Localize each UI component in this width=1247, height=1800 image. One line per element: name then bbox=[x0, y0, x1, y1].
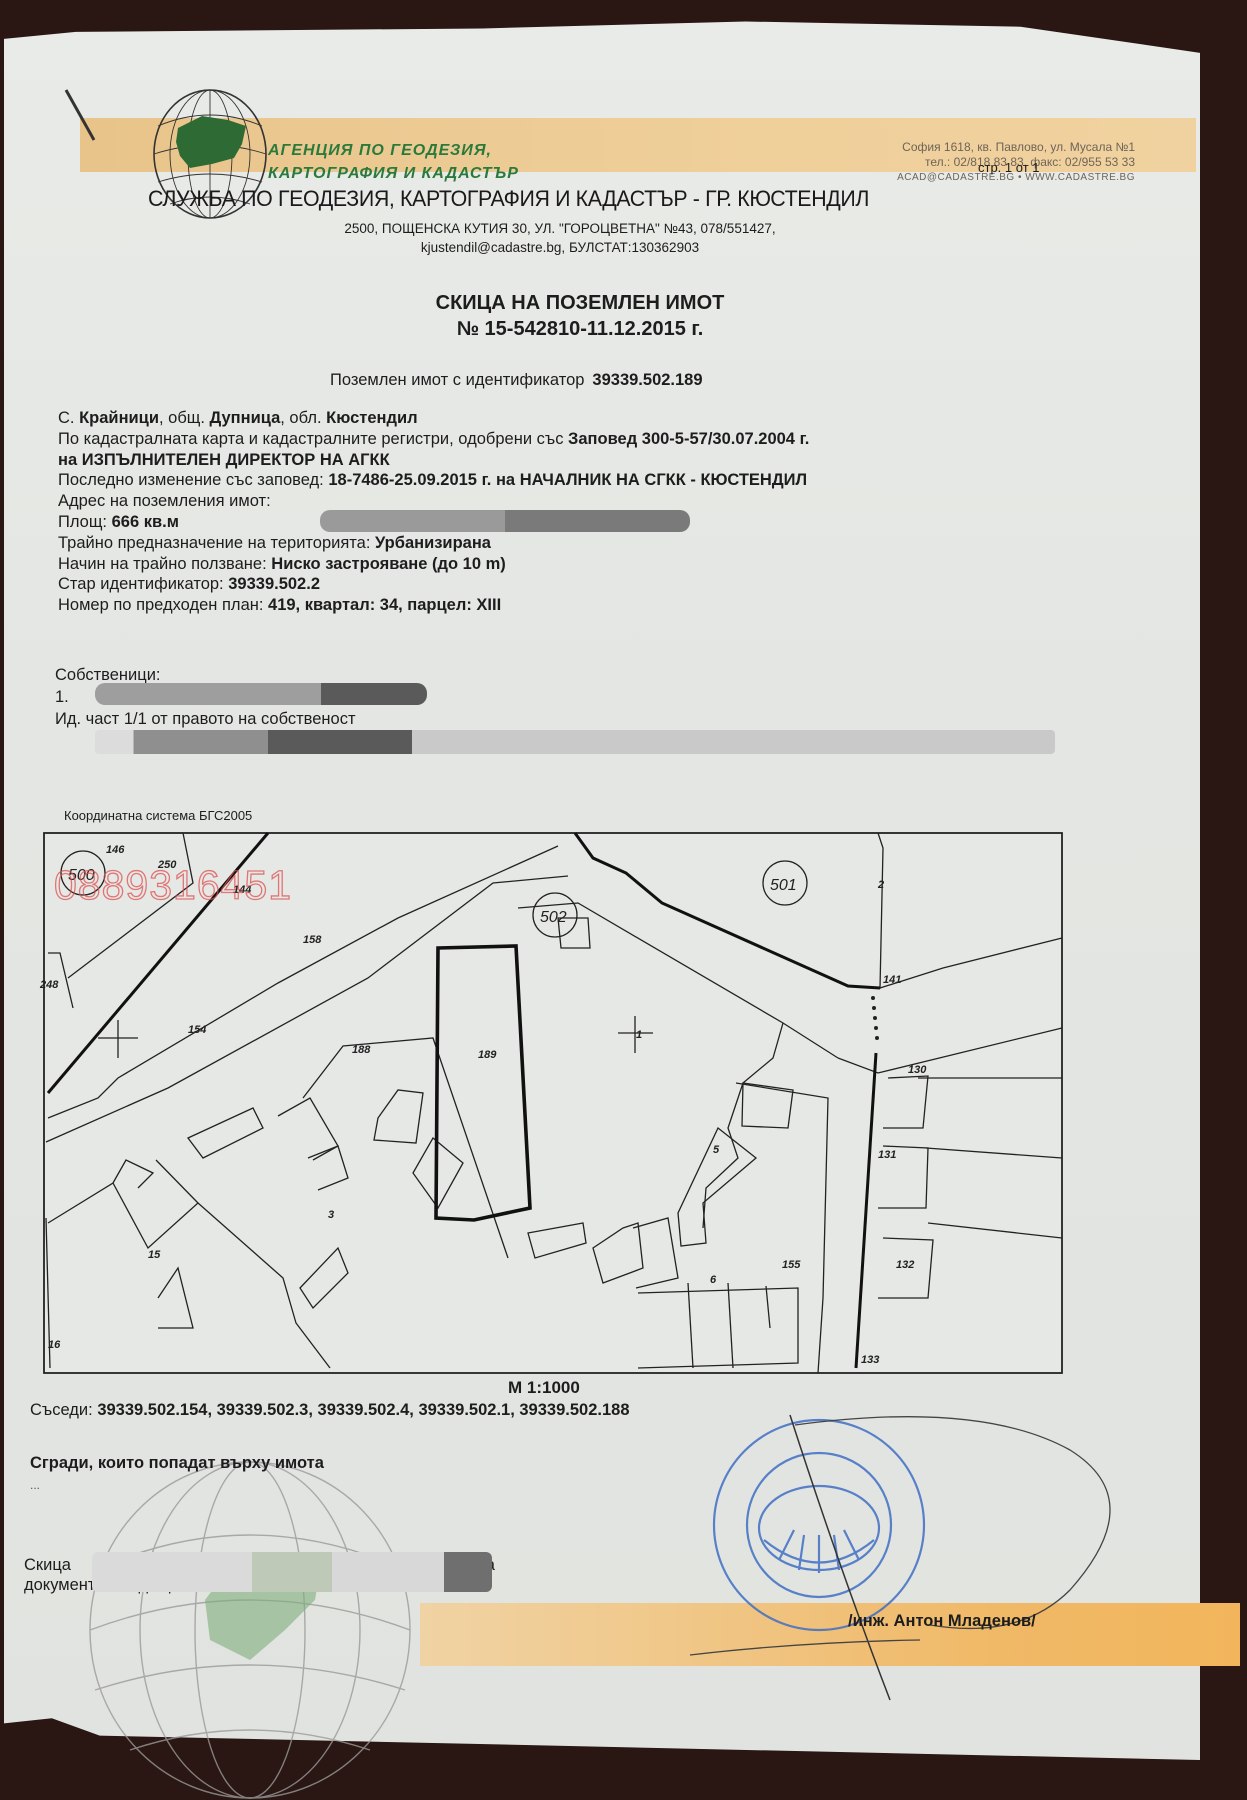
map-scale: М 1:1000 bbox=[508, 1378, 580, 1398]
staple-icon bbox=[64, 88, 104, 148]
svg-text:1: 1 bbox=[636, 1029, 642, 1041]
redaction-owner-doc bbox=[95, 730, 1055, 754]
svg-text:15: 15 bbox=[148, 1249, 161, 1261]
svg-text:188: 188 bbox=[352, 1044, 371, 1056]
document-title: СКИЦА НА ПОЗЕМЛЕН ИМОТ № 15-542810-11.12… bbox=[280, 290, 880, 342]
svg-text:502: 502 bbox=[540, 909, 567, 926]
svg-text:146: 146 bbox=[106, 844, 125, 856]
svg-text:3: 3 bbox=[328, 1209, 334, 1221]
svg-text:131: 131 bbox=[878, 1149, 896, 1161]
neighbours-row: Съседи: 39339.502.154, 39339.502.3, 3933… bbox=[30, 1401, 630, 1420]
svg-text:2: 2 bbox=[877, 879, 884, 891]
cadastre-authority-row: на ИЗПЪЛНИТЕЛЕН ДИРЕКТОР НА АГКК bbox=[58, 450, 809, 471]
globe-watermark-icon bbox=[70, 1460, 430, 1800]
property-identifier: Поземлен имот с идентификатор39339.502.1… bbox=[330, 371, 703, 390]
svg-text:16: 16 bbox=[48, 1339, 61, 1351]
office-address: 2500, ПОЩЕНСКА КУТИЯ 30, УЛ. "ГОРОЦВЕТНА… bbox=[290, 219, 830, 257]
cadastre-row: По кадастралната карта и кадастралните р… bbox=[58, 429, 809, 450]
svg-text:133: 133 bbox=[861, 1354, 879, 1366]
svg-text:158: 158 bbox=[303, 934, 322, 946]
redaction-address bbox=[320, 510, 690, 532]
signer-name: /инж. Антон Младенов/ bbox=[848, 1612, 1036, 1631]
cadastral-map: 146250144 158248154 1881891 141130131 13… bbox=[38, 828, 1068, 1383]
document-number: № 15-542810-11.12.2015 г. bbox=[280, 316, 880, 342]
buildings-title: Сгради, които попадат върху имота bbox=[30, 1454, 324, 1473]
svg-text:130: 130 bbox=[908, 1064, 927, 1076]
svg-text:501: 501 bbox=[770, 877, 797, 894]
prev-plan-row: Номер по предходен план: 419, квартал: 3… bbox=[58, 595, 809, 616]
old-id-row: Стар идентификатор: 39339.502.2 bbox=[58, 574, 809, 595]
svg-text:6: 6 bbox=[710, 1274, 717, 1286]
buildings-value: ... bbox=[30, 1478, 40, 1492]
location-row: С. Крайници, общ. Дупница, обл. Кюстенди… bbox=[58, 408, 809, 429]
page-indicator: стр. 1 от 1 bbox=[978, 160, 1040, 175]
svg-text:132: 132 bbox=[896, 1259, 914, 1271]
svg-text:154: 154 bbox=[188, 1024, 206, 1036]
svg-text:155: 155 bbox=[782, 1259, 801, 1271]
coordinate-system-label: Координатна система БГС2005 bbox=[64, 808, 252, 823]
purpose-row: Трайно предназначение на територията: Ур… bbox=[58, 533, 809, 554]
signature-icon bbox=[680, 1410, 1180, 1710]
svg-text:248: 248 bbox=[39, 979, 59, 991]
last-change-row: Последно изменение със заповед: 18-7486-… bbox=[58, 470, 809, 491]
phone-watermark: 0889316451 bbox=[54, 862, 292, 909]
office-title: СЛУЖБА ПО ГЕОДЕЗИЯ, КАРТОГРАФИЯ И КАДАСТ… bbox=[148, 186, 869, 212]
usage-row: Начин на трайно ползване: Ниско застрояв… bbox=[58, 554, 809, 575]
address-row: Адрес на поземления имот: bbox=[58, 491, 809, 512]
svg-text:189: 189 bbox=[478, 1049, 497, 1061]
agency-name: АГЕНЦИЯ ПО ГЕОДЕЗИЯ, КАРТОГРАФИЯ И КАДАС… bbox=[268, 139, 519, 185]
redaction-owner bbox=[95, 683, 427, 705]
redaction-issued bbox=[92, 1552, 492, 1592]
owner-share: Ид. част 1/1 от правото на собственост bbox=[55, 708, 356, 730]
svg-text:141: 141 bbox=[883, 974, 901, 986]
svg-text:5: 5 bbox=[713, 1144, 720, 1156]
